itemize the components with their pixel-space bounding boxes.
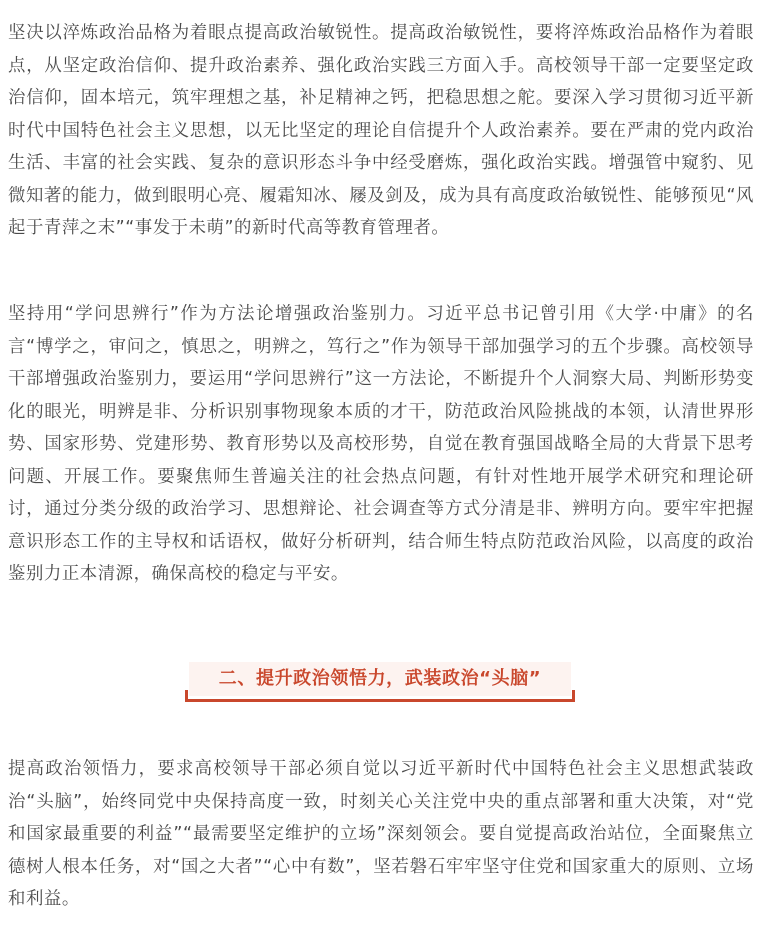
article-body: 坚决以淬炼政治品格为着眼点提高政治敏锐性。提高政治敏锐性，要将淬炼政治品格作为着… bbox=[0, 0, 761, 925]
paragraph-political-discernment: 坚持用“学问思辨行”作为方法论增强政治鉴别力。习近平总书记曾引用《大学·中庸》的… bbox=[8, 298, 754, 591]
section-heading-bracket-decoration bbox=[185, 690, 575, 702]
section-heading-title: 二、提升政治领悟力，武装政治“头脑” bbox=[185, 667, 575, 691]
section-heading: 二、提升政治领悟力，武装政治“头脑” bbox=[185, 660, 575, 702]
paragraph-political-comprehension: 提高政治领悟力，要求高校领导干部必须自觉以习近平新时代中国特色社会主义思想武装政… bbox=[8, 753, 754, 916]
paragraph-political-sensitivity: 坚决以淬炼政治品格为着眼点提高政治敏锐性。提高政治敏锐性，要将淬炼政治品格作为着… bbox=[8, 17, 754, 245]
